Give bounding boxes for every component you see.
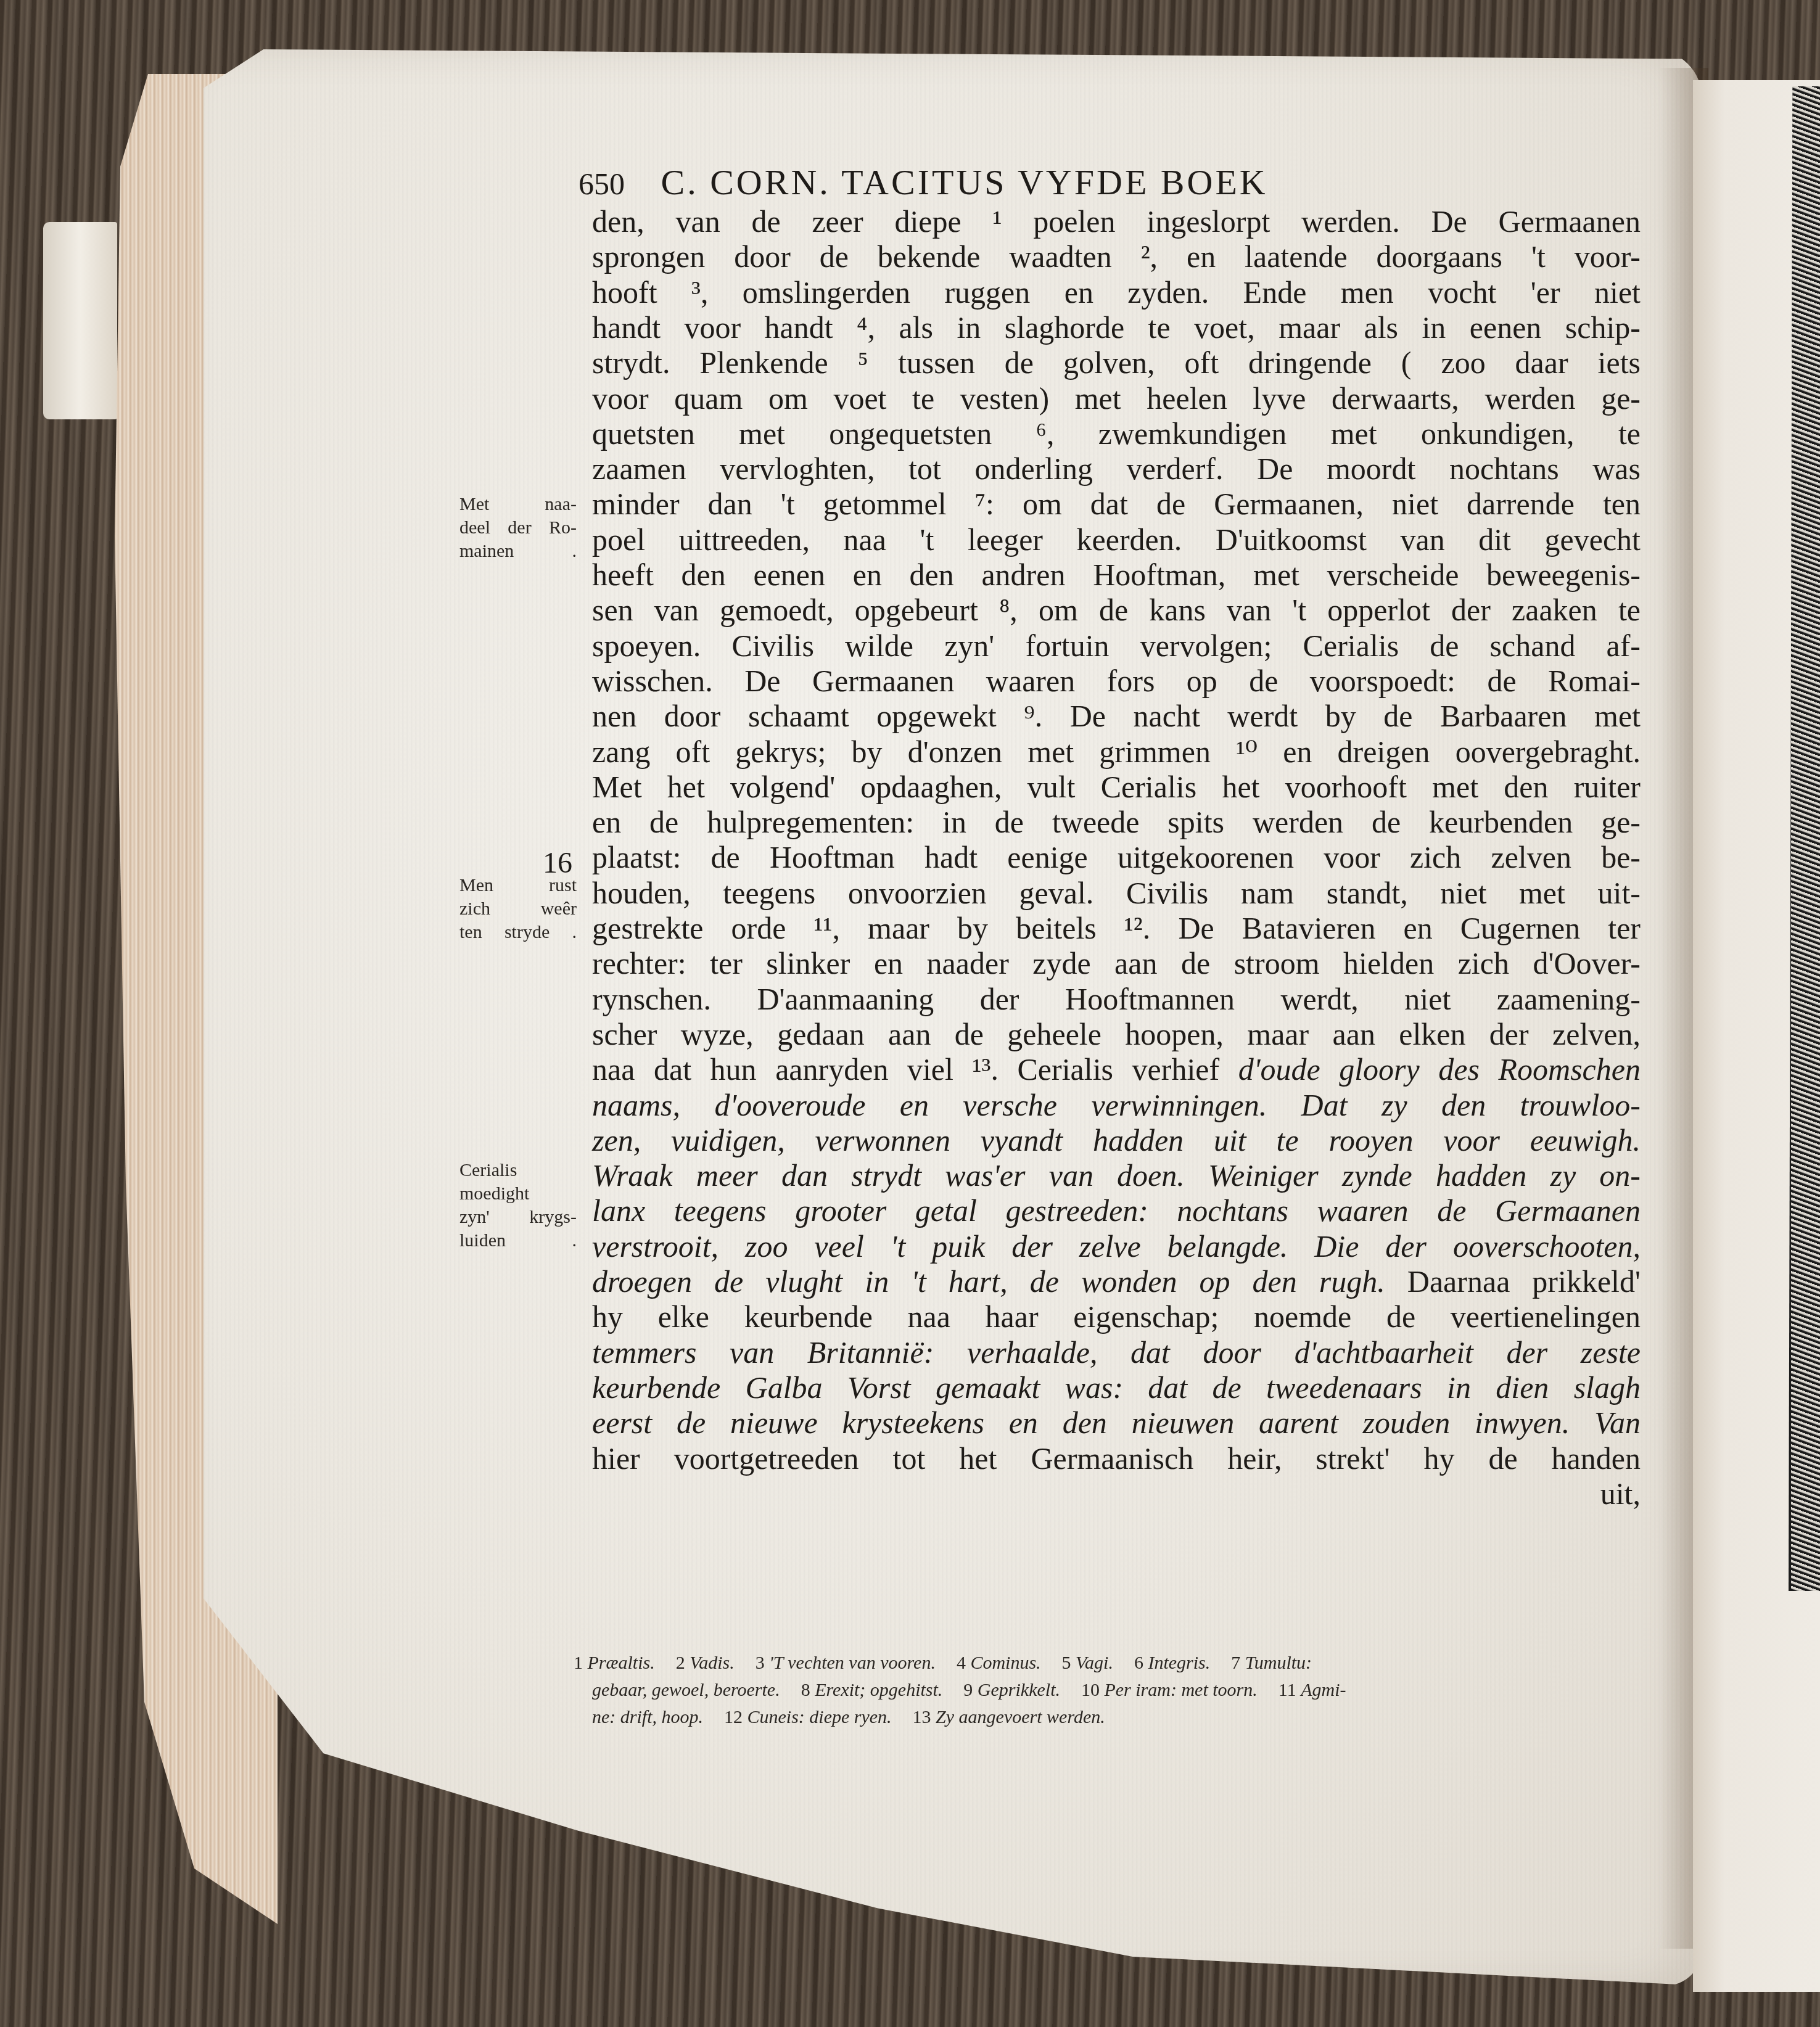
body-line: sen van gemoedt, opgebeurt ⁸, om de kans…	[592, 592, 1641, 628]
footnote-number: 9	[963, 1680, 978, 1700]
paper-tab	[43, 222, 117, 419]
footnote-number: 11	[1279, 1680, 1301, 1700]
body-line: poel uittreeden, naa 't leeger keerden. …	[592, 522, 1641, 557]
body-line: gestrekte orde ¹¹, maar by beitels ¹². D…	[592, 910, 1641, 946]
footnote-line: gebaar, gewoel, beroerte.8 Erexit; opgeh…	[592, 1680, 1659, 1701]
footnote-text: Vadis.	[690, 1653, 735, 1673]
footnote-text: Tumultu:	[1245, 1653, 1312, 1673]
margin-note-line: zich weêr	[459, 898, 577, 920]
footnote: gebaar, gewoel, beroerte.	[592, 1680, 780, 1700]
footnote: 9 Geprikkelt.	[963, 1680, 1060, 1700]
footnote: 3 'T vechten van vooren.	[756, 1653, 936, 1673]
body-line: nen door schaamt opgewekt ⁹. De nacht we…	[592, 698, 1641, 734]
page-number: 650	[579, 167, 625, 201]
body-line: naa dat hun aanryden viel ¹³. Cerialis v…	[592, 1051, 1641, 1087]
footnote-text: Præaltis.	[588, 1653, 655, 1673]
footnote-number: 13	[913, 1707, 936, 1727]
footnote-text: Cominus.	[970, 1653, 1040, 1673]
footnote-text: Erexit; opgehitst.	[815, 1680, 942, 1700]
body-line: plaatst: de Hooftman hadt eenige uitgeko…	[592, 839, 1641, 875]
running-head-title: C. CORN. TACITUS VYFDE BOEK	[661, 162, 1268, 202]
footnote-line: 1 Præaltis.2 Vadis.3 'T vechten van voor…	[574, 1653, 1641, 1674]
margin-note-line: luiden .	[459, 1230, 577, 1252]
footnote: 5 Vagi.	[1062, 1653, 1113, 1673]
footnote-text: Geprikkelt.	[978, 1680, 1060, 1700]
footnote-number: 2	[676, 1653, 690, 1673]
body-line: den, van de zeer diepe ¹ poelen ingeslor…	[592, 204, 1641, 239]
footnote: ne: drift, hoop.	[592, 1707, 703, 1727]
footnote: 11 Agmi-	[1279, 1680, 1346, 1700]
body-line: scher wyze, gedaan aan de geheele hoopen…	[592, 1016, 1641, 1052]
body-line: handt voor handt ⁴, als in slaghorde te …	[592, 310, 1641, 345]
body-line: voor quam om voet te vesten) met heelen …	[592, 380, 1641, 416]
footnote-number: 4	[957, 1653, 971, 1673]
footnote: 7 Tumultu:	[1231, 1653, 1312, 1673]
footnote-text: Per iram: met toorn.	[1104, 1680, 1257, 1700]
footnote: 1 Præaltis.	[574, 1653, 655, 1673]
footnote-text: 'T vechten van vooren.	[769, 1653, 936, 1673]
margin-note-line: mainen .	[459, 540, 577, 562]
body-line: hooft ³, omslingerden ruggen en zyden. E…	[592, 274, 1641, 310]
footnote-number: 3	[756, 1653, 770, 1673]
body-line: lanx teegens grooter getal gestreeden: n…	[592, 1193, 1641, 1228]
footnote: 2 Vadis.	[676, 1653, 735, 1673]
body-line: hy elke keurbende naa haar eigenschap; n…	[592, 1299, 1641, 1334]
footnote-text: Vagi.	[1076, 1653, 1113, 1673]
footnote: 12 Cuneis: diepe ryen.	[724, 1707, 892, 1727]
footnote-text: Cuneis: diepe ryen.	[747, 1707, 892, 1727]
body-line: wisschen. De Germaanen waaren fors op de…	[592, 663, 1641, 699]
body-line: rechter: ter slinker en naader zyde aan …	[592, 945, 1641, 981]
footnote: 10 Per iram: met toorn.	[1081, 1680, 1258, 1700]
footnote-text: Zy aangevoert werden.	[936, 1707, 1105, 1727]
margin-note-line: Cerialis	[459, 1159, 577, 1182]
body-line: naams, d'ooveroude en versche verwinning…	[592, 1087, 1641, 1123]
footnote-number: 6	[1134, 1653, 1148, 1673]
body-line: zen, vuidigen, verwonnen vyandt hadden u…	[592, 1122, 1641, 1158]
body-line: droegen de vlught in 't hart, de wonden …	[592, 1264, 1641, 1299]
body-line: verstrooit, zoo veel 't puik der zelve b…	[592, 1228, 1641, 1264]
body-line: heeft den eenen en den andren Hooftman, …	[592, 557, 1641, 593]
body-line: spoeyen. Civilis wilde zyn' fortuin verv…	[592, 628, 1641, 664]
footnote-text: ne: drift, hoop.	[592, 1707, 703, 1727]
margin-note-line: ten stryde .	[459, 921, 577, 944]
footnote-number: 10	[1081, 1680, 1105, 1700]
body-line: quetsten met ongequetsten ⁶, zwemkundige…	[592, 416, 1641, 451]
footnote-number: 5	[1062, 1653, 1076, 1673]
body-line: minder dan 't getommel ⁷: om dat de Germ…	[592, 486, 1641, 522]
footnote-text: Agmi-	[1301, 1680, 1346, 1700]
body-line: uit,	[592, 1476, 1641, 1511]
body-line: hier voortgetreeden tot het Germaanisch …	[592, 1441, 1641, 1476]
footnote-line: ne: drift, hoop.12 Cuneis: diepe ryen.13…	[592, 1707, 1659, 1728]
body-line: en de hulpregementen: in de tweede spits…	[592, 804, 1641, 840]
body-line: strydt. Plenkende ⁵ tussen de golven, of…	[592, 345, 1641, 380]
margin-note-line: moedight	[459, 1183, 577, 1205]
margin-note-line: Met naa-	[459, 493, 577, 516]
body-line: Wraak meer dan strydt was'er van doen. W…	[592, 1157, 1641, 1193]
body-line: zaamen vervloghten, tot onderling verder…	[592, 451, 1641, 487]
body-line: Met het volgend' opdaaghen, vult Ceriali…	[592, 769, 1641, 805]
footnote: 13 Zy aangevoert werden.	[913, 1707, 1105, 1727]
footnote-text: gebaar, gewoel, beroerte.	[592, 1680, 780, 1700]
footnote-number: 12	[724, 1707, 747, 1727]
footnote: 4 Cominus.	[957, 1653, 1041, 1673]
margin-note-line: zyn' krygs-	[459, 1206, 577, 1228]
engraving-illustration	[1789, 86, 1820, 1591]
body-line: rynschen. D'aanmaaning der Hooftmannen w…	[592, 981, 1641, 1017]
body-line: eerst de nieuwe krysteekens en den nieuw…	[592, 1405, 1641, 1441]
body-line: sprongen door de bekende waadten ², en l…	[592, 239, 1641, 274]
footnote-number: 7	[1231, 1653, 1245, 1673]
body-line: temmers van Britannië: verhaalde, dat do…	[592, 1334, 1641, 1370]
body-line: zang oft gekrys; by d'onzen met grimmen …	[592, 734, 1641, 770]
footnote: 6 Integris.	[1134, 1653, 1210, 1673]
margin-note-line: deel der Ro-	[459, 517, 577, 539]
footnote: 8 Erexit; opgehitst.	[801, 1680, 943, 1700]
body-line: houden, teegens onvoorzien geval. Civili…	[592, 875, 1641, 911]
body-line: keurbende Galba Vorst gemaakt was: dat d…	[592, 1370, 1641, 1405]
footnote-text: Integris.	[1148, 1653, 1210, 1673]
running-head: 650 C. CORN. TACITUS VYFDE BOEK	[579, 162, 1268, 203]
footnote-number: 1	[574, 1653, 588, 1673]
margin-note-line: Men rust	[459, 874, 577, 897]
footnote-number: 8	[801, 1680, 815, 1700]
